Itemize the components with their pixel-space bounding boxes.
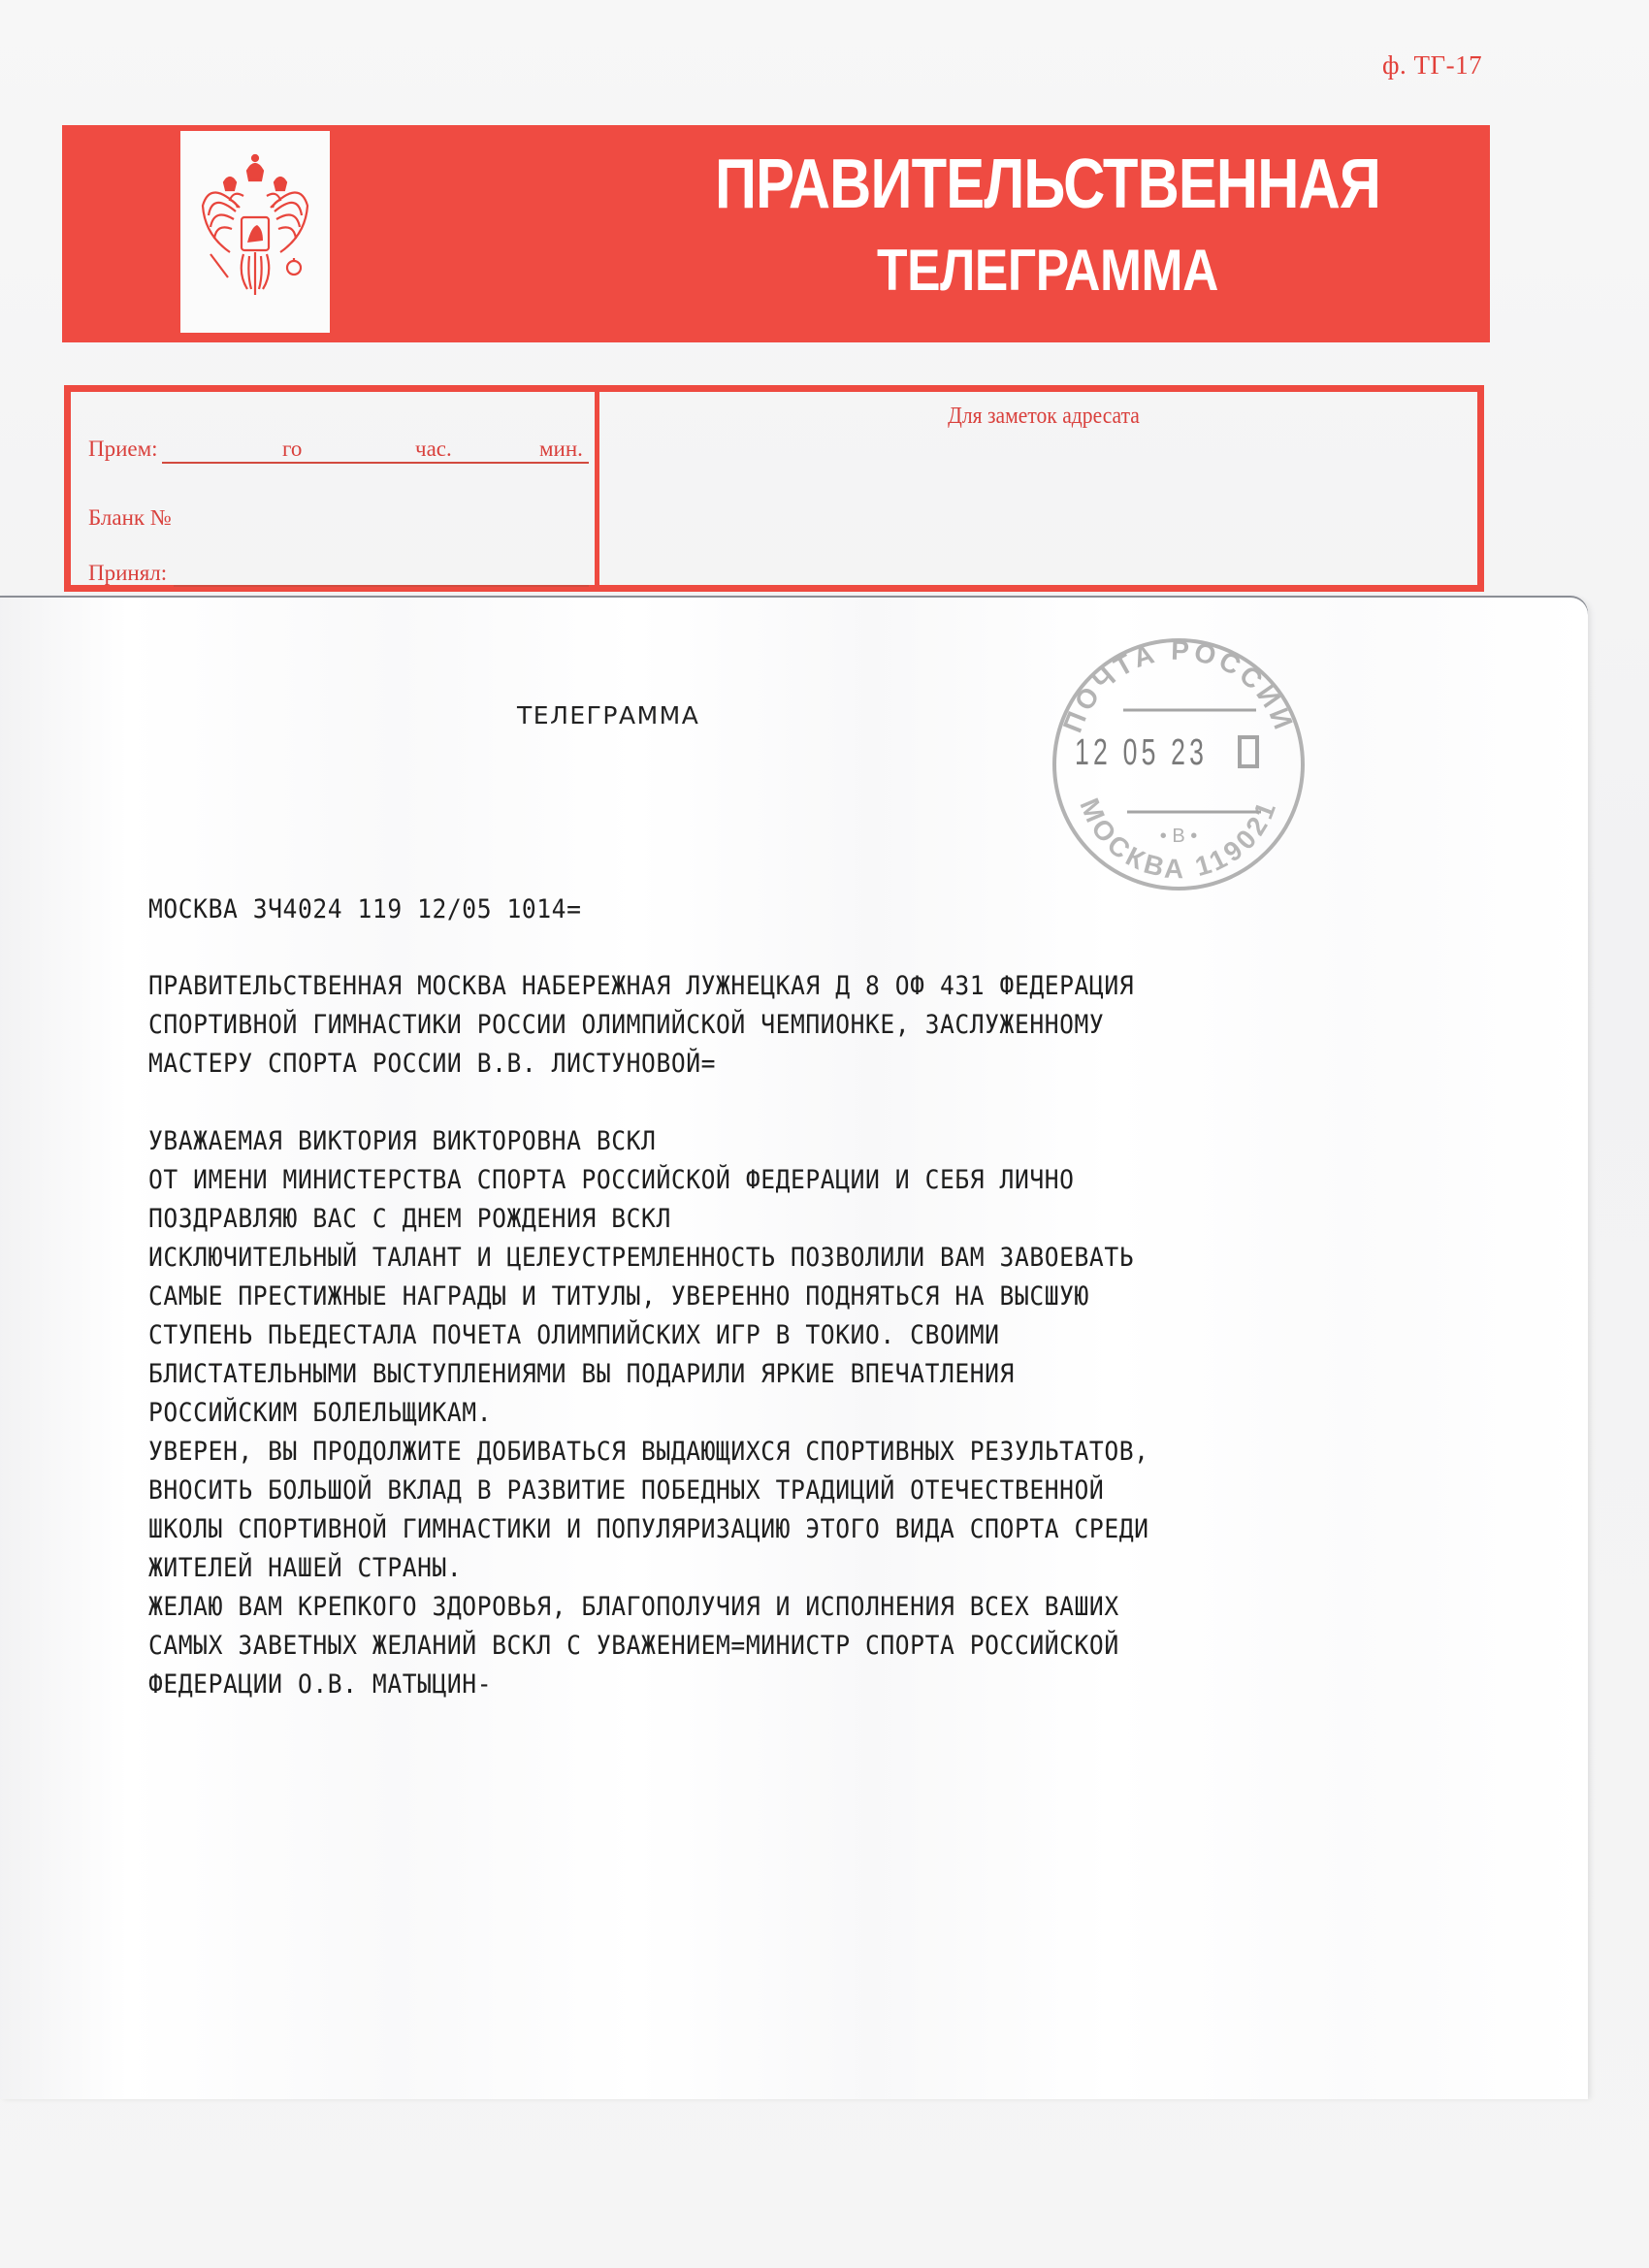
address-line: ПРАВИТЕЛЬСТВЕННАЯ МОСКВА НАБЕРЕЖНАЯ ЛУЖН… xyxy=(148,967,1134,1006)
banner-title: ПРАВИТЕЛЬСТВЕННАЯ xyxy=(694,149,1402,219)
russian-coat-of-arms-icon xyxy=(197,149,313,314)
body-line: СТУПЕНЬ ПЬЕДЕСТАЛА ПОЧЕТА ОЛИМПИЙСКИХ ИГ… xyxy=(148,1316,1149,1355)
body-line: БЛИСТАТЕЛЬНЫМИ ВЫСТУПЛЕНИЯМИ ВЫ ПОДАРИЛИ… xyxy=(148,1355,1149,1394)
body-line: УВЕРЕН, ВЫ ПРОДОЛЖИТЕ ДОБИВАТЬСЯ ВЫДАЮЩИ… xyxy=(148,1433,1149,1472)
body-line: ПОЗДРАВЛЯЮ ВАС С ДНЕМ РОЖДЕНИЯ ВСКЛ xyxy=(148,1200,1149,1239)
body-line: ЖИТЕЛЕЙ НАШЕЙ СТРАНЫ. xyxy=(148,1549,1149,1588)
received-field-line[interactable] xyxy=(162,462,589,464)
stamp-top-text: ПОЧТА РОССИИ xyxy=(1057,635,1300,737)
address-block: ПРАВИТЕЛЬСТВЕННАЯ МОСКВА НАБЕРЕЖНАЯ ЛУЖН… xyxy=(148,967,1134,1084)
svg-text:ПОЧТА РОССИИ: ПОЧТА РОССИИ xyxy=(1057,635,1300,737)
form-code: ф. ТГ-17 xyxy=(1382,50,1482,81)
message-body: УВАЖАЕМАЯ ВИКТОРИЯ ВИКТОРОВНА ВСКЛОТ ИМЕ… xyxy=(148,1122,1149,1704)
body-line: САМЫЕ ПРЕСТИЖНЫЕ НАГРАДЫ И ТИТУЛЫ, УВЕРЕ… xyxy=(148,1278,1149,1316)
stamp-date: 12 05 23 xyxy=(1075,732,1208,774)
address-line: СПОРТИВНОЙ ГИМНАСТИКИ РОССИИ ОЛИМПИЙСКОЙ… xyxy=(148,1006,1134,1045)
received-hour-suffix: час. xyxy=(415,437,452,462)
emblem-box xyxy=(180,131,330,333)
body-line: ВНОСИТЬ БОЛЬШОЙ ВКЛАД В РАЗВИТИЕ ПОБЕДНЫ… xyxy=(148,1472,1149,1510)
received-min-suffix: мин. xyxy=(539,437,583,462)
body-line: ЖЕЛАЮ ВАМ КРЕПКОГО ЗДОРОВЬЯ, БЛАГОПОЛУЧИ… xyxy=(148,1588,1149,1627)
accepted-by-label: Принял: xyxy=(88,561,167,586)
service-line: МОСКВА 3Ч4024 119 12/05 1014= xyxy=(148,891,581,929)
body-line: ШКОЛЫ СПОРТИВНОЙ ГИМНАСТИКИ И ПОПУЛЯРИЗА… xyxy=(148,1510,1149,1549)
body-line: УВАЖАЕМАЯ ВИКТОРИЯ ВИКТОРОВНА ВСКЛ xyxy=(148,1122,1149,1161)
service-fields: Прием: го час. мин. Бланк № Принял: xyxy=(71,392,599,585)
blank-number-label: Бланк № xyxy=(88,505,172,531)
body-line: РОССИЙСКИМ БОЛЕЛЬЩИКАМ. xyxy=(148,1394,1149,1433)
telegram-heading: ТЕЛЕГРАММА xyxy=(517,701,699,729)
recipient-notes-label: Для заметок адресата xyxy=(647,404,1441,430)
address-line: МАСТЕРУ СПОРТА РОССИИ В.В. ЛИСТУНОВОЙ= xyxy=(148,1045,1134,1084)
received-label: Прием: xyxy=(88,437,158,462)
banner-subtitle: ТЕЛЕГРАММА xyxy=(681,242,1415,300)
body-line: ОТ ИМЕНИ МИНИСТЕРСТВА СПОРТА РОССИЙСКОЙ … xyxy=(148,1161,1149,1200)
service-box: Прием: го час. мин. Бланк № Принял: Для … xyxy=(64,385,1484,592)
header-banner: ПРАВИТЕЛЬСТВЕННАЯ ТЕЛЕГРАММА xyxy=(62,125,1490,342)
body-line: ФЕДЕРАЦИИ О.В. МАТЫЦИН- xyxy=(148,1666,1149,1704)
body-line: САМЫХ ЗАВЕТНЫХ ЖЕЛАНИЙ ВСКЛ С УВАЖЕНИЕМ=… xyxy=(148,1627,1149,1666)
body-line: ИСКЛЮЧИТЕЛЬНЫЙ ТАЛАНТ И ЦЕЛЕУСТРЕМЛЕННОС… xyxy=(148,1239,1149,1278)
accepted-by-field-line[interactable] xyxy=(174,585,589,587)
received-day-suffix: го xyxy=(282,437,302,462)
svg-text:• В •: • В • xyxy=(1160,826,1197,847)
